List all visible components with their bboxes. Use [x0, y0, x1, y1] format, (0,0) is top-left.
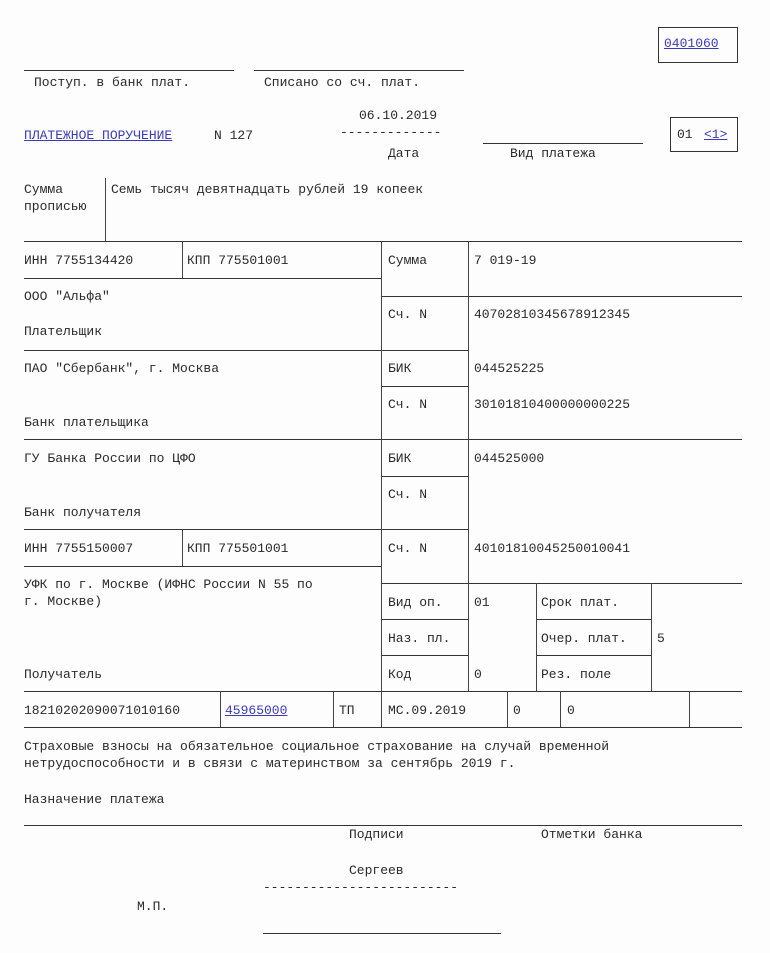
- payer-bank-account-label: Сч. N: [388, 397, 427, 412]
- payer-bank-name: ПАО "Сбербанк", г. Москва: [24, 361, 219, 376]
- op-type-value: 01: [474, 595, 490, 610]
- due-label: Срок плат.: [541, 595, 619, 610]
- grid-line: [333, 691, 334, 727]
- signature-dashes: -------------------------: [263, 880, 458, 895]
- grid-line: [381, 386, 468, 387]
- grid-line: [182, 241, 183, 278]
- payee-account-value: 40101810045250010041: [474, 541, 630, 556]
- date-label: Дата: [388, 146, 419, 161]
- payee-name-2: г. Москве): [24, 594, 102, 609]
- payee-kpp: КПП 775501001: [187, 541, 288, 556]
- purpose-line-2: нетрудоспособности и в связи с материнст…: [24, 756, 515, 771]
- purpose-line-1: Страховые взносы на обязательное социаль…: [24, 739, 609, 754]
- code-label: Код: [388, 667, 411, 682]
- date-dashes: -------------: [340, 125, 441, 140]
- grid-line: [381, 476, 468, 477]
- tax-doc-date: 0: [567, 703, 575, 718]
- doc-title-link[interactable]: ПЛАТЕЖНОЕ ПОРУЧЕНИЕ: [24, 128, 172, 143]
- tax-doc-number: 0: [513, 703, 521, 718]
- form-code-link[interactable]: 0401060: [664, 36, 719, 51]
- tax-basis: ТП: [339, 703, 355, 718]
- priority-label: Очер. плат.: [541, 631, 627, 646]
- grid-line: [651, 583, 652, 691]
- payer-bank-bik-value: 044525225: [474, 361, 544, 376]
- grid-line: [24, 727, 742, 728]
- received-line: [24, 70, 234, 71]
- grid-line: [560, 691, 561, 727]
- payer-kpp: КПП 775501001: [187, 253, 288, 268]
- second-signature-line: [263, 933, 501, 934]
- sum-value: 7 019-19: [474, 253, 536, 268]
- payee-bank-bik-label: БИК: [388, 451, 411, 466]
- signatures-label: Подписи: [349, 827, 404, 842]
- bank-marks-label: Отметки банка: [541, 827, 642, 842]
- grid-line: [381, 241, 382, 727]
- stamp-label: М.П.: [137, 899, 168, 914]
- grid-line: [381, 655, 468, 656]
- debited-line: [254, 70, 464, 71]
- amount-words-label-1: Сумма: [24, 182, 63, 197]
- date-value: 06.10.2019: [359, 108, 437, 123]
- payee-account-label: Сч. N: [388, 541, 427, 556]
- grid-line: [536, 583, 537, 691]
- grid-line: [507, 691, 508, 727]
- grid-line: [220, 691, 221, 727]
- signer-name: Сергеев: [349, 863, 404, 878]
- payee-bank-account-label: Сч. N: [388, 487, 427, 502]
- payer-bank-bik-label: БИК: [388, 361, 411, 376]
- payee-inn: ИНН 7755150007: [24, 541, 133, 556]
- payee-bank-name: ГУ Банка России по ЦФО: [24, 451, 196, 466]
- grid-line: [24, 566, 381, 567]
- grid-line: [24, 691, 742, 692]
- sum-label: Сумма: [388, 253, 427, 268]
- payer-inn: ИНН 7755134420: [24, 253, 133, 268]
- grid-line: [689, 691, 690, 727]
- purpose-bottom-line: [24, 825, 742, 826]
- amount-words-value: Семь тысяч девятнадцать рублей 19 копеек: [111, 182, 423, 197]
- grid-line: [182, 529, 183, 566]
- received-label: Поступ. в банк плат.: [34, 75, 190, 90]
- oktmo-link[interactable]: 45965000: [225, 703, 287, 718]
- grid-line: [468, 241, 469, 691]
- grid-line: [536, 655, 651, 656]
- grid-line: [536, 619, 651, 620]
- payee-label: Получатель: [24, 667, 102, 682]
- payer-bank-label: Банк плательщика: [24, 415, 149, 430]
- amount-words-divider: [105, 178, 106, 241]
- amount-words-label-2: прописью: [24, 199, 86, 214]
- grid-line: [24, 278, 381, 279]
- payer-bank-account-value: 30101810400000000225: [474, 397, 630, 412]
- grid-line: [24, 350, 468, 351]
- payer-account-label: Сч. N: [388, 307, 427, 322]
- payee-name-1: УФК по г. Москве (ИФНС России N 55 по: [24, 577, 313, 592]
- purpose-code-label: Наз. пл.: [388, 631, 450, 646]
- payee-bank-bik-value: 044525000: [474, 451, 544, 466]
- code-value: 0: [474, 667, 482, 682]
- reserve-label: Рез. поле: [541, 667, 611, 682]
- tax-period: МС.09.2019: [388, 703, 466, 718]
- grid-line: [24, 529, 468, 530]
- grid-line: [381, 296, 742, 297]
- doc-number: N 127: [214, 128, 253, 143]
- payer-account-value: 40702810345678912345: [474, 307, 630, 322]
- payer-name: ООО "Альфа": [24, 289, 110, 304]
- payer-label: Плательщик: [24, 324, 102, 339]
- purpose-label: Назначение платежа: [24, 792, 164, 807]
- payee-bank-label: Банк получателя: [24, 505, 141, 520]
- status-link[interactable]: <1>: [704, 127, 727, 142]
- payment-type-label: Вид платежа: [510, 146, 596, 161]
- status-code: 01: [677, 127, 693, 142]
- grid-line: [381, 583, 742, 584]
- debited-label: Списано со сч. плат.: [264, 75, 420, 90]
- kbk-value: 18210202090071010160: [24, 703, 180, 718]
- grid-line: [381, 619, 468, 620]
- op-type-label: Вид оп.: [388, 595, 443, 610]
- payment-type-line: [483, 143, 643, 144]
- priority-value: 5: [657, 631, 665, 646]
- grid-line: [24, 439, 742, 440]
- grid-line: [24, 241, 742, 242]
